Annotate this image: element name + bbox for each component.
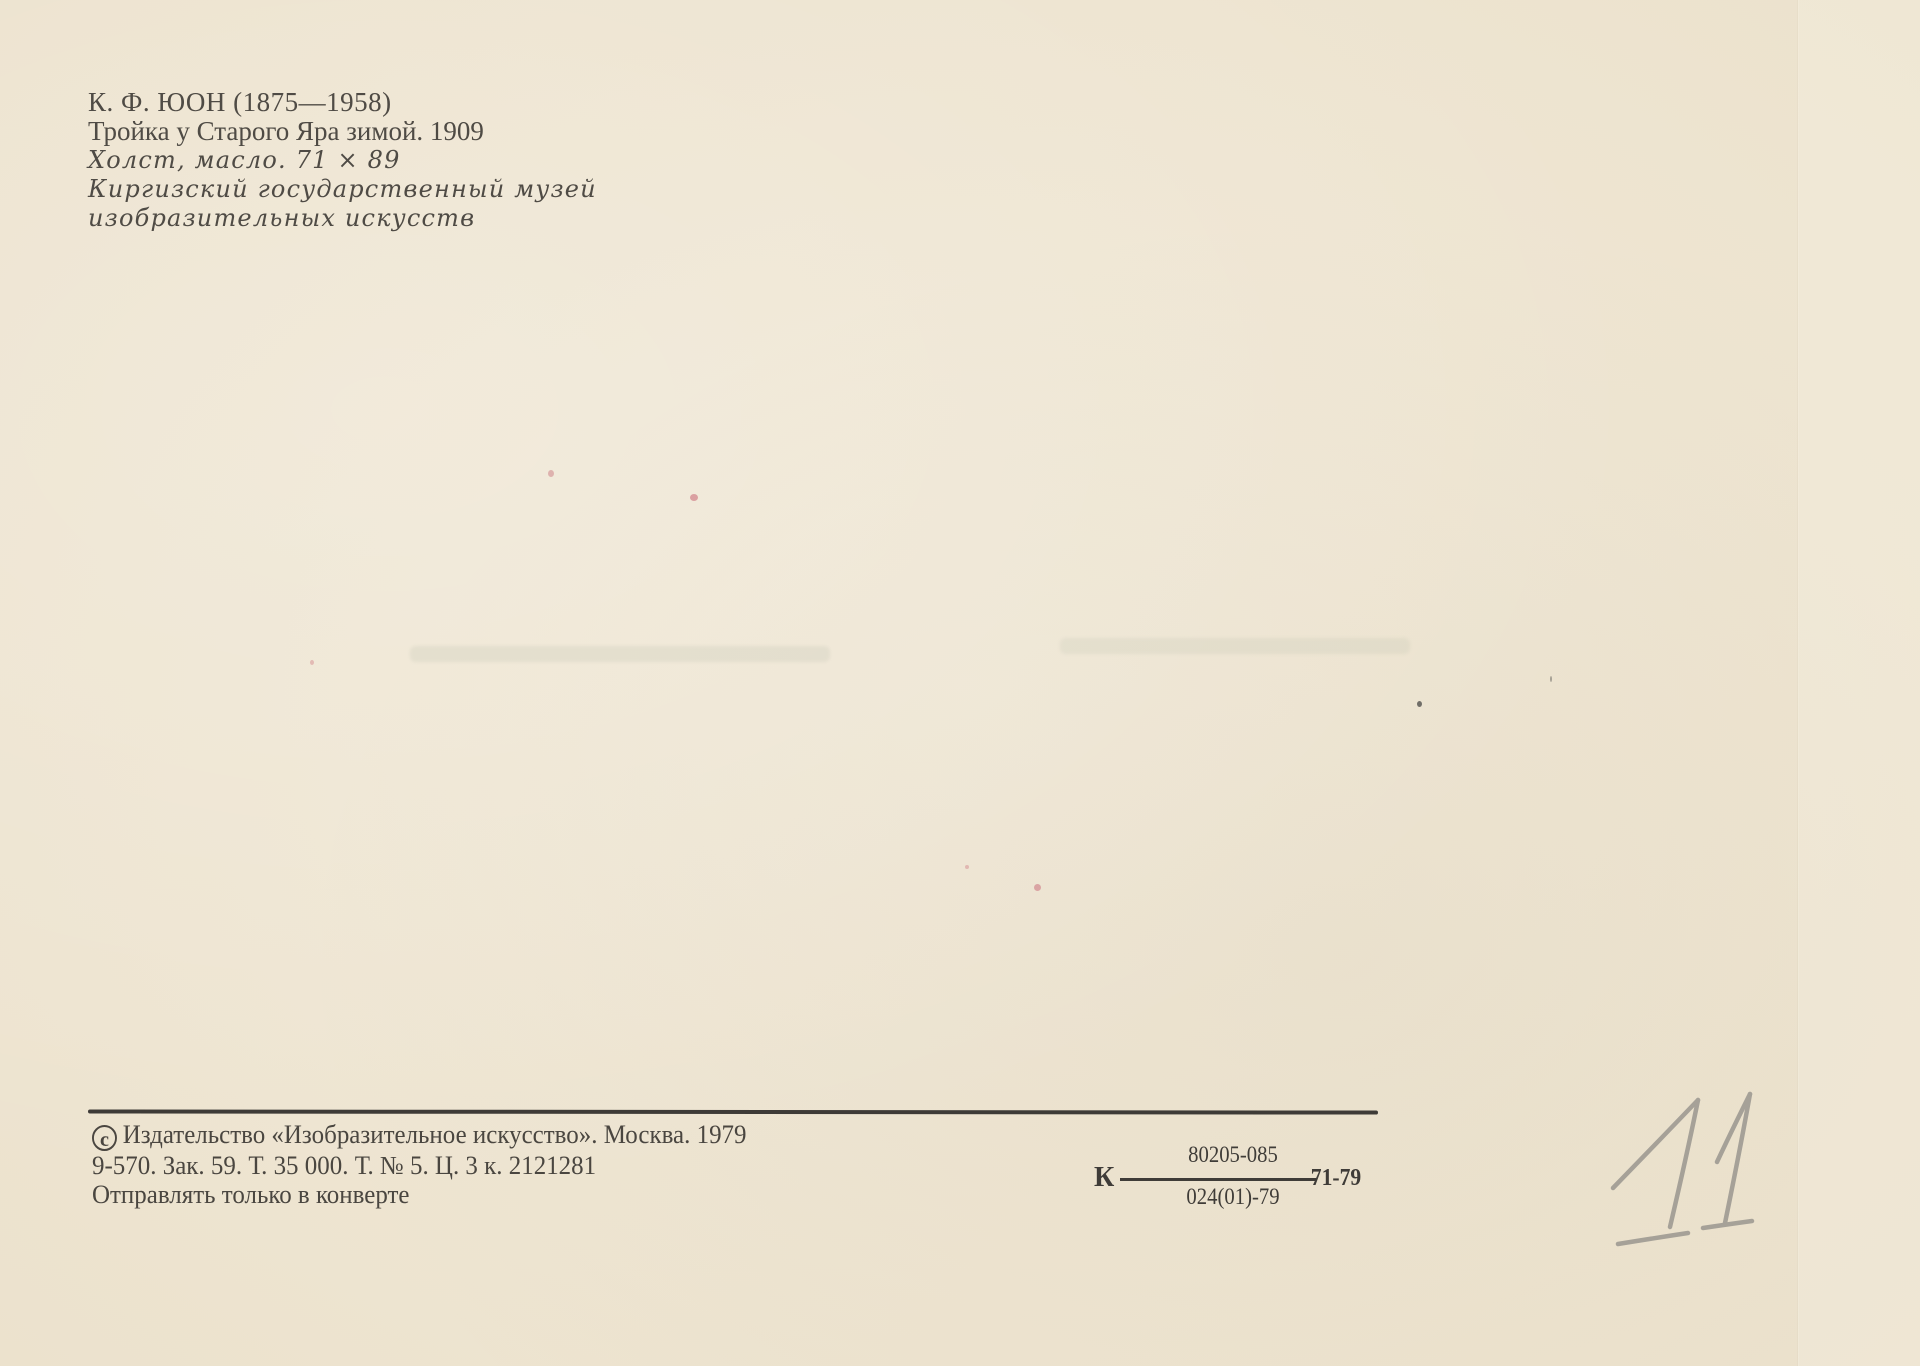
- collection-line-1: Киргизский государственный музей: [88, 175, 597, 204]
- paper-right-strip: [1799, 0, 1920, 1366]
- artwork-title: Тройка у Старого Яра зимой. 1909: [88, 117, 597, 146]
- publisher-imprint: cИздательство «Изобразительное искусство…: [92, 1120, 747, 1209]
- handwritten-number-mark: [1600, 1090, 1770, 1250]
- paper-speck: [1550, 676, 1552, 682]
- publisher-text: Издательство «Изобразительное искусство»…: [123, 1120, 747, 1149]
- mailing-note: Отправлять только в конверте: [92, 1180, 747, 1209]
- bleed-through-mark: [410, 638, 830, 668]
- artwork-medium: Холст, масло. 71 × 89: [88, 146, 597, 175]
- index-suffix: 71-79: [1311, 1165, 1361, 1192]
- paper-speck: [548, 470, 554, 477]
- paper-speck: [1034, 884, 1041, 891]
- paper-speck: [1417, 701, 1422, 707]
- bleed-through-mark: [1060, 630, 1410, 660]
- paper-speck: [690, 494, 698, 501]
- catalog-index-code: К 80205-085 024(01)-79 71-79: [1094, 1146, 1394, 1216]
- publisher-line: cИздательство «Изобразительное искусство…: [92, 1120, 747, 1151]
- print-details: 9-570. Зак. 59. Т. 35 000. Т. № 5. Ц. 3 …: [92, 1151, 747, 1180]
- fraction-bar: [1120, 1178, 1316, 1181]
- collection-line-2: изобразительных искусств: [88, 204, 597, 233]
- copyright-icon: c: [92, 1125, 117, 1151]
- index-denominator: 024(01)-79: [1149, 1184, 1316, 1210]
- paper-fold-line: [1797, 0, 1799, 1366]
- paper-speck: [965, 865, 969, 869]
- paper-speck: [310, 660, 314, 665]
- artist-name: К. Ф. ЮОН (1875—1958): [88, 88, 597, 117]
- index-letter: К: [1094, 1162, 1114, 1194]
- index-numerator: 80205-085: [1149, 1142, 1316, 1168]
- artwork-caption: К. Ф. ЮОН (1875—1958) Тройка у Старого Я…: [88, 88, 597, 233]
